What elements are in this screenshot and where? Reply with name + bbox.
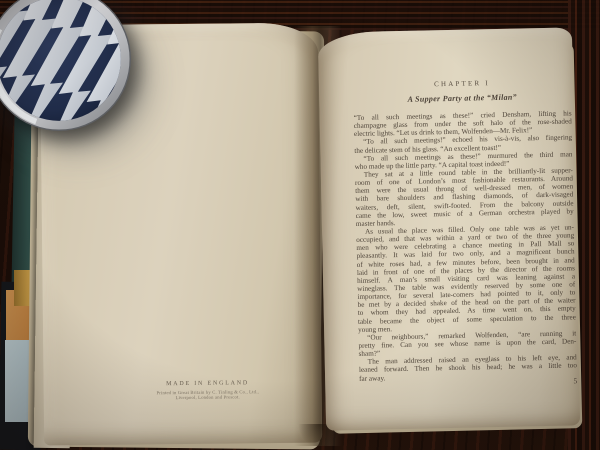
lightning-badge-icon [0, 0, 134, 134]
body-text: “To all such meetings as these!” cried D… [354, 109, 578, 382]
made-in-england-text: MADE IN ENGLAND [108, 380, 308, 388]
chapter-heading: CHAPTER I [353, 77, 571, 90]
imprint-block: MADE IN ENGLAND Printed in Great Britain… [108, 380, 308, 402]
printer-credit-line2: Liverpool, London and Prescot. [108, 394, 308, 402]
right-page: CHAPTER I A Supper Party at the “Milan” … [318, 27, 580, 430]
chapter-title: A Supper Party at the “Milan” [353, 91, 571, 105]
lightning-badge [0, 0, 134, 134]
photo-open-book-scene: MADE IN ENGLAND Printed in Great Britain… [0, 0, 600, 450]
